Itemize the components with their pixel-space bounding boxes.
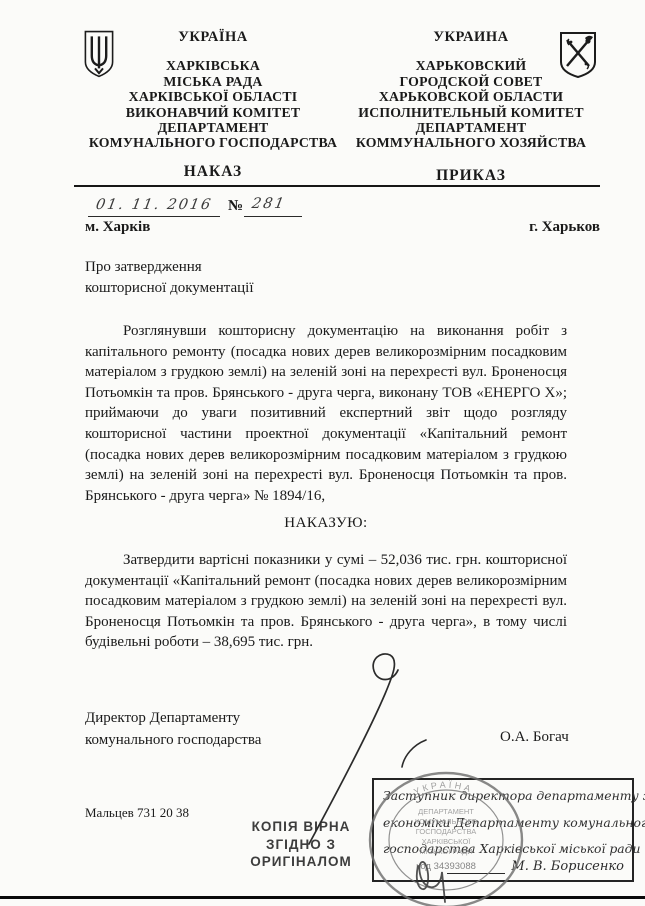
org-line: ХАРКІВСЬКА (84, 58, 342, 73)
scan-edge-line (0, 896, 645, 899)
country-name-ru: УКРАИНА (342, 30, 600, 45)
header-divider (74, 185, 600, 187)
org-line: ДЕПАРТАМЕНТ (342, 120, 600, 135)
body-paragraph-2: Затвердити вартісні показники у сумі – 5… (85, 550, 567, 653)
decree-heading: НАКАЗУЮ: (85, 515, 567, 532)
city-right: г. Харьков (500, 219, 600, 236)
handwritten-number: 281 (251, 196, 288, 212)
approval-stamp-signature-row: М. В. Борисенко (447, 859, 624, 874)
approver-name: М. В. Борисенко (511, 859, 624, 874)
signature-icon (293, 648, 438, 853)
doc-type-nakaz: НАКАЗ (84, 163, 342, 181)
city-left: м. Харків (85, 219, 150, 236)
org-line: ХАРКІВСЬКОЇ ОБЛАСТІ (84, 89, 342, 104)
subject: Про затвердження кошторисної документаці… (85, 257, 254, 299)
signature-line (447, 859, 505, 874)
signatory-name: О.А. Богач (500, 729, 569, 746)
number-sign: № (228, 198, 243, 215)
org-line: КОММУНАЛЬНОГО ХОЗЯЙСТВА (342, 135, 600, 150)
org-line: ДЕПАРТАМЕНТ (84, 120, 342, 135)
org-line: ГОРОДСКОЙ СОВЕТ (342, 74, 600, 89)
scanned-order-document: УКРАЇНА ХАРКІВСЬКА МІСЬКА РАДА ХАРКІВСЬК… (0, 0, 645, 906)
org-line: ХАРЬКОВСКОЙ ОБЛАСТИ (342, 89, 600, 104)
number-underline (244, 216, 302, 217)
org-line: ХАРЬКОВСКИЙ (342, 58, 600, 73)
country-name-uk: УКРАЇНА (84, 30, 342, 45)
header-right: УКРАИНА ХАРЬКОВСКИЙ ГОРОДСКОЙ СОВЕТ ХАРЬ… (342, 30, 600, 151)
org-line: ВИКОНАВЧИЙ КОМІТЕТ (84, 105, 342, 120)
signatory-title: Директор Департаменту комунального госпо… (85, 707, 261, 751)
date-underline (88, 216, 220, 217)
handwritten-date: 01. 11. 2016 (95, 197, 214, 213)
org-line: ИСПОЛНИТЕЛЬНЫЙ КОМИТЕТ (342, 105, 600, 120)
body-paragraph-1: Розглянувши кошторисну документацію на в… (85, 321, 567, 506)
doc-type-prikaz: ПРИКАЗ (342, 167, 600, 185)
executor-contact: Мальцев 731 20 38 (85, 805, 189, 821)
org-line: КОМУНАЛЬНОГО ГОСПОДАРСТВА (84, 135, 342, 150)
header-left: УКРАЇНА ХАРКІВСЬКА МІСЬКА РАДА ХАРКІВСЬК… (84, 30, 342, 151)
org-line: МІСЬКА РАДА (84, 74, 342, 89)
